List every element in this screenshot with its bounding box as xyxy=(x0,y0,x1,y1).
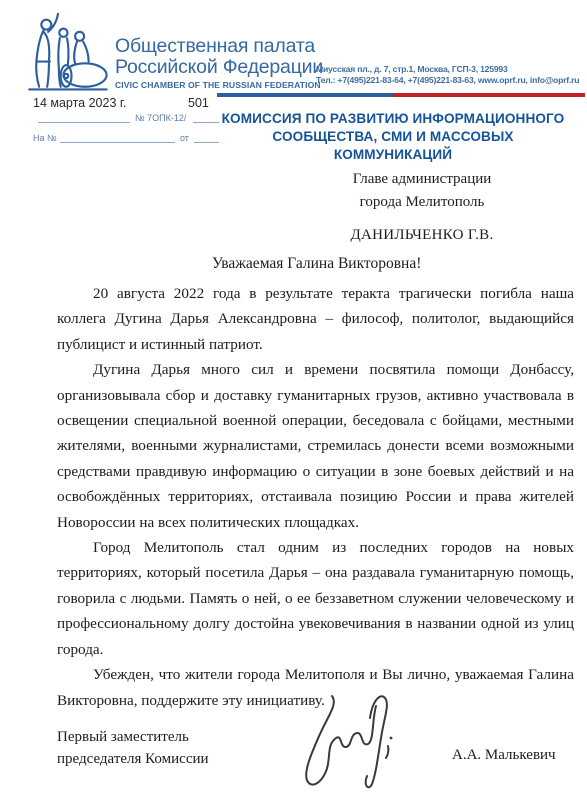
org-address: Миусская пл., д. 7, стр.1, Москва, ГСП-3… xyxy=(316,64,584,75)
reference-incoming-row: На № от xyxy=(33,131,223,146)
incoming-label: На № xyxy=(33,133,57,143)
org-name-en: CIVIC CHAMBER OF THE RUSSIAN FEDERATION xyxy=(115,80,325,90)
number-label: № 7ОПК-12/ xyxy=(135,113,186,123)
handwritten-signature-icon xyxy=(283,690,405,800)
paragraph-1: 20 августа 2022 года в результате теракт… xyxy=(57,281,574,357)
letter-body: 20 августа 2022 года в результате теракт… xyxy=(57,281,574,713)
commission-title-line1: КОМИССИЯ ПО РАЗВИТИЮ ИНФОРМАЦИОННОГО xyxy=(212,110,574,128)
org-name-ru-line2: Российской Федерации xyxy=(115,57,325,78)
org-phones: Тел.: +7(495)221-83-64, +7(495)221-83-63… xyxy=(316,75,584,86)
paragraph-2: Дугина Дарья много сил и времени посвяти… xyxy=(57,357,574,535)
letterhead-rule-red xyxy=(393,93,585,97)
salutation: Уважаемая Галина Викторовна! xyxy=(212,255,421,273)
date-ruled-line xyxy=(38,111,130,123)
commission-title-line2: СООБЩЕСТВА, СМИ И МАССОВЫХ КОММУНИКАЦИЙ xyxy=(212,128,574,164)
recipient-name: ДАНИЛЬЧЕНКО Г.В. xyxy=(332,224,512,247)
recipient-block: Главе администрации города Мелитополь ДА… xyxy=(332,168,512,247)
recipient-line2: города Мелитополь xyxy=(332,191,512,214)
recipient-line1: Главе администрации xyxy=(332,168,512,191)
from-label: от xyxy=(180,133,189,143)
incoming-ruled-line xyxy=(60,131,175,143)
signatory-position: Первый заместитель председателя Комиссии xyxy=(57,726,209,770)
org-name-ru-line1: Общественная палата xyxy=(115,36,325,57)
paragraph-3: Город Мелитополь стал одним из последних… xyxy=(57,535,574,662)
org-contacts: Миусская пл., д. 7, стр.1, Москва, ГСП-3… xyxy=(316,64,584,86)
reference-block: 14 марта 2023 г. 501 № 7ОПК-12/ На № от xyxy=(33,96,223,146)
civic-chamber-monument-icon xyxy=(22,10,112,96)
letter-date: 14 марта 2023 г. xyxy=(33,96,126,110)
signatory-position-line2: председателя Комиссии xyxy=(57,748,209,770)
signatory-position-line1: Первый заместитель xyxy=(57,726,209,748)
signatory-name: А.А. Малькевич xyxy=(452,747,556,764)
reference-date-row: 14 марта 2023 г. 501 xyxy=(33,96,223,111)
letter-number: 501 xyxy=(188,96,209,110)
org-name: Общественная палата Российской Федерации… xyxy=(115,36,325,90)
reference-number-row: № 7ОПК-12/ xyxy=(33,111,223,126)
letterhead-rule-blue xyxy=(217,93,393,97)
commission-title: КОМИССИЯ ПО РАЗВИТИЮ ИНФОРМАЦИОННОГО СОО… xyxy=(212,110,574,164)
letter-page: { "header": { "logo_icon": "civic-chambe… xyxy=(0,0,587,800)
